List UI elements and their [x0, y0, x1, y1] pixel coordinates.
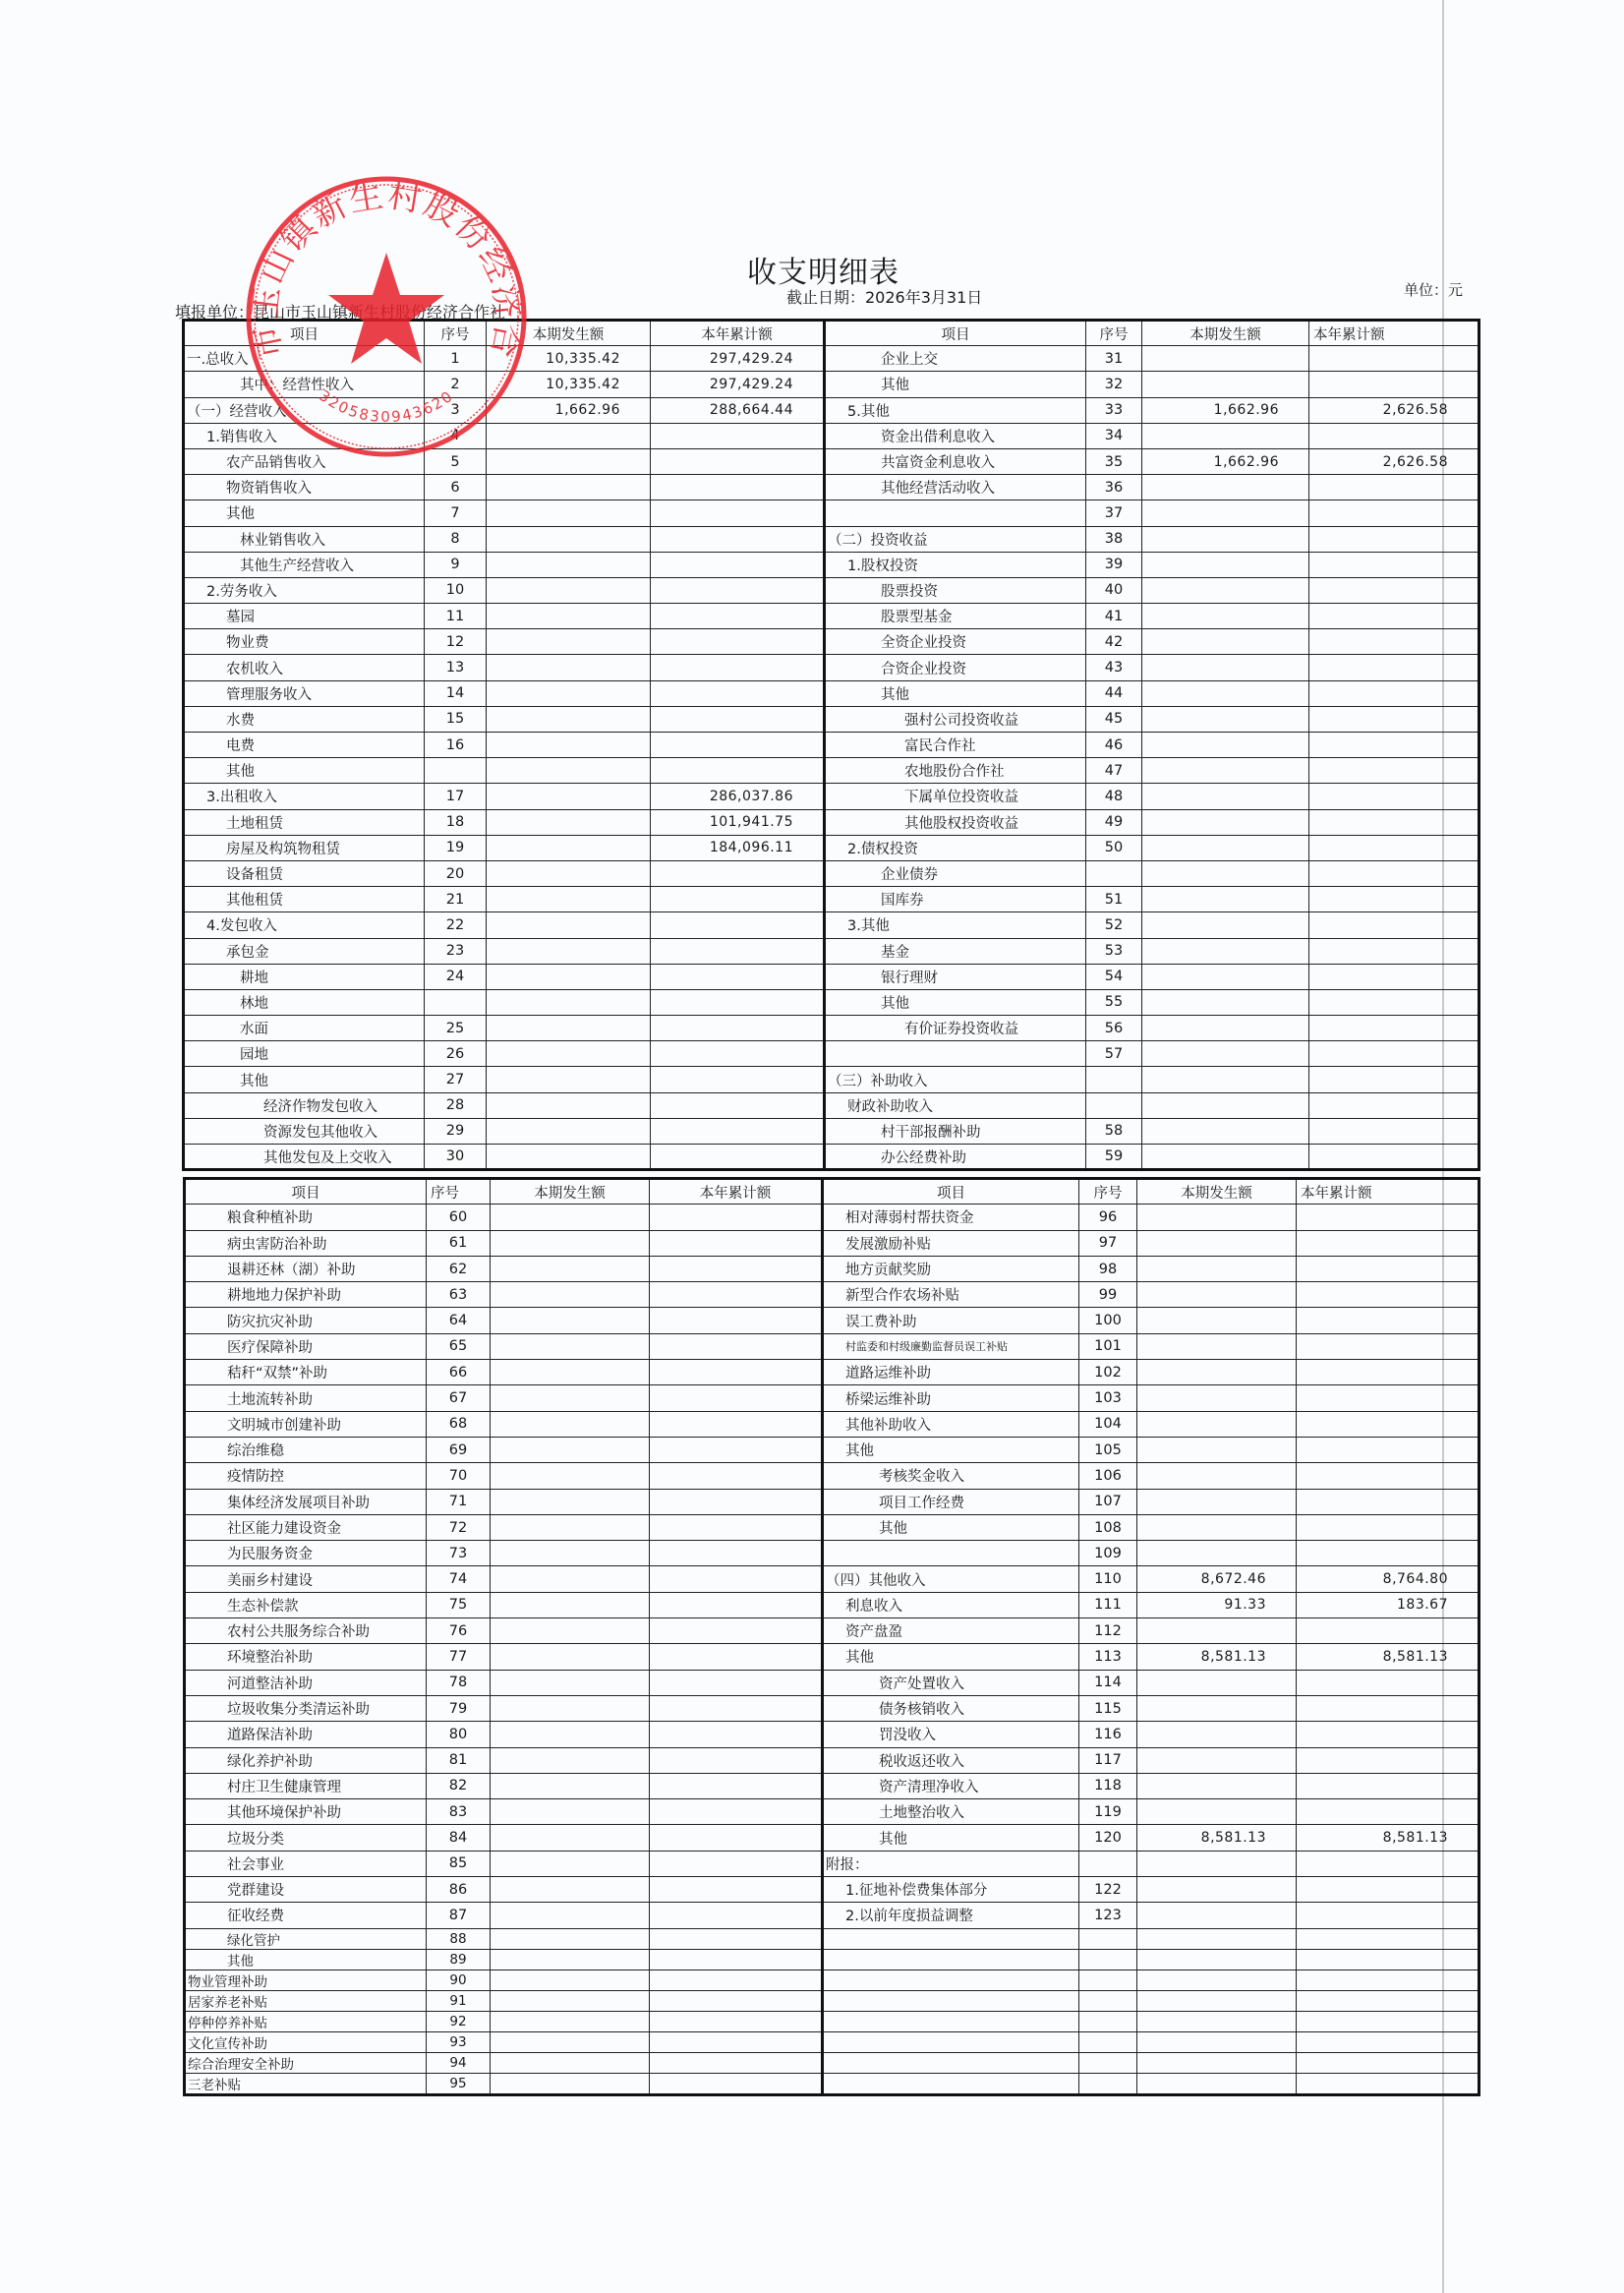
table-row: 道路保洁补助80罚没收入116	[185, 1722, 1479, 1747]
row-item-label: 其他股权投资收益	[825, 809, 1086, 835]
row-current-amount	[1142, 1041, 1309, 1067]
row-seq: 49	[1086, 809, 1142, 835]
row-seq: 82	[427, 1773, 491, 1798]
row-current-amount	[487, 448, 651, 474]
row-ytd-amount	[650, 1308, 823, 1333]
row-ytd-amount	[1309, 758, 1479, 784]
row-item-label: 有价证券投资收益	[825, 1016, 1086, 1041]
row-seq: 62	[427, 1256, 491, 1281]
row-seq: 22	[425, 912, 487, 938]
row-item-label: 3.其他	[825, 912, 1086, 938]
row-current-amount	[487, 680, 651, 706]
row-current-amount	[1142, 809, 1309, 835]
row-seq: 101	[1079, 1333, 1137, 1359]
row-item-label: 绿化管护	[185, 1928, 427, 1949]
income-table-top: 项目 序号 本期发生额 本年累计额 项目 序号 本期发生额 本年累计额 一.总收…	[182, 319, 1480, 1171]
row-item-label: 社区能力建设资金	[185, 1514, 427, 1540]
row-item-label: 1.销售收入	[184, 423, 425, 448]
row-item-label: 集体经济发展项目补助	[185, 1489, 427, 1514]
row-ytd-amount	[1309, 500, 1479, 526]
table-row: 河道整洁补助78资产处置收入114	[185, 1670, 1479, 1695]
row-ytd-amount	[1309, 475, 1479, 500]
row-ytd-amount	[1297, 1799, 1479, 1825]
table-row: 一.总收入110,335.42297,429.24企业上交31	[184, 346, 1479, 372]
row-item-label: （三）补助收入	[825, 1067, 1086, 1092]
row-current-amount	[491, 1592, 650, 1617]
row-ytd-amount	[1309, 1092, 1479, 1118]
row-seq: 78	[427, 1670, 491, 1695]
row-ytd-amount	[651, 680, 825, 706]
row-current-amount	[491, 1308, 650, 1333]
row-ytd-amount: 8,764.80	[1297, 1566, 1479, 1592]
table-row: 3.出租收入17286,037.86下属单位投资收益48	[184, 784, 1479, 809]
row-item-label	[823, 1949, 1079, 1970]
row-ytd-amount	[1297, 1903, 1479, 1928]
row-seq: 28	[425, 1092, 487, 1118]
row-item-label: 村监委和村级廉勤监督员误工补贴	[823, 1333, 1079, 1359]
row-current-amount	[1142, 1145, 1309, 1170]
row-ytd-amount: 288,664.44	[651, 397, 825, 423]
row-seq: 117	[1079, 1747, 1137, 1773]
col-header-current: 本期发生额	[487, 321, 651, 346]
row-item-label: 综治维稳	[185, 1437, 427, 1462]
table-row: 生态补偿款75利息收入11191.33183.67	[185, 1592, 1479, 1617]
row-ytd-amount	[1309, 1041, 1479, 1067]
row-item-label: 其他发包及上交收入	[184, 1145, 425, 1170]
row-ytd-amount	[650, 1928, 823, 1949]
row-item-label: （四）其他收入	[823, 1566, 1079, 1592]
row-ytd-amount	[650, 2031, 823, 2052]
row-seq: 56	[1086, 1016, 1142, 1041]
row-current-amount	[491, 1799, 650, 1825]
row-item-label: 电费	[184, 733, 425, 758]
col-header-seq: 序号	[1079, 1179, 1137, 1205]
row-seq	[1079, 2052, 1137, 2073]
table-row: 疫情防控70考核奖金收入106	[185, 1463, 1479, 1489]
row-ytd-amount	[1297, 1541, 1479, 1566]
table-row: 防灾抗灾补助64误工费补助100	[185, 1308, 1479, 1333]
row-item-label: 其他	[825, 680, 1086, 706]
row-ytd-amount	[651, 733, 825, 758]
row-current-amount	[1142, 500, 1309, 526]
row-item-label: 林业销售收入	[184, 526, 425, 552]
row-seq: 4	[425, 423, 487, 448]
row-current-amount	[1137, 2011, 1297, 2031]
row-current-amount	[1142, 887, 1309, 912]
table-row: 其他737	[184, 500, 1479, 526]
row-item-label: 土地租赁	[184, 809, 425, 835]
row-ytd-amount	[1297, 1230, 1479, 1256]
row-seq: 68	[427, 1411, 491, 1437]
row-item-label	[825, 1041, 1086, 1067]
table-row: 承包金23基金53	[184, 938, 1479, 964]
row-current-amount	[487, 500, 651, 526]
row-current-amount	[487, 1092, 651, 1118]
row-item-label: 其他补助收入	[823, 1411, 1079, 1437]
row-item-label: 企业上交	[825, 346, 1086, 372]
row-ytd-amount	[1297, 1437, 1479, 1462]
row-current-amount	[491, 2073, 650, 2094]
row-ytd-amount	[650, 1385, 823, 1411]
row-item-label: 水面	[184, 1016, 425, 1041]
row-seq: 30	[425, 1145, 487, 1170]
table-row: 其他农地股份合作社47	[184, 758, 1479, 784]
row-item-label: 垃圾分类	[185, 1825, 427, 1851]
row-current-amount	[1142, 372, 1309, 397]
row-current-amount	[487, 887, 651, 912]
table-row: 其他27（三）补助收入	[184, 1067, 1479, 1092]
col-header-ytd: 本年累计额	[650, 1179, 823, 1205]
row-item-label: 墓园	[184, 604, 425, 629]
row-ytd-amount	[1297, 1333, 1479, 1359]
table-row: 土地租赁18101,941.75其他股权投资收益49	[184, 809, 1479, 835]
row-seq: 74	[427, 1566, 491, 1592]
row-ytd-amount	[650, 1670, 823, 1695]
row-current-amount	[1137, 2073, 1297, 2094]
row-seq: 34	[1086, 423, 1142, 448]
row-current-amount	[487, 552, 651, 577]
row-seq: 86	[427, 1877, 491, 1903]
row-item-label: 其他经营活动收入	[825, 475, 1086, 500]
row-ytd-amount	[1309, 964, 1479, 989]
row-seq: 88	[427, 1928, 491, 1949]
row-current-amount	[491, 2031, 650, 2052]
row-current-amount	[491, 1463, 650, 1489]
row-seq: 116	[1079, 1722, 1137, 1747]
row-current-amount	[1142, 860, 1309, 886]
row-ytd-amount	[651, 1145, 825, 1170]
row-seq: 114	[1079, 1670, 1137, 1695]
row-ytd-amount	[1309, 1067, 1479, 1092]
table-row: 其他环境保护补助83土地整治收入119	[185, 1799, 1479, 1825]
row-current-amount	[491, 1695, 650, 1721]
row-ytd-amount	[650, 1514, 823, 1540]
row-seq: 105	[1079, 1437, 1137, 1462]
row-item-label: 误工费补助	[823, 1308, 1079, 1333]
row-ytd-amount	[1297, 1747, 1479, 1773]
row-item-label: 党群建设	[185, 1877, 427, 1903]
row-ytd-amount	[651, 706, 825, 732]
row-seq: 60	[427, 1205, 491, 1230]
row-ytd-amount	[650, 1722, 823, 1747]
row-seq: 106	[1079, 1463, 1137, 1489]
table-row: 社区能力建设资金72其他108	[185, 1514, 1479, 1540]
row-seq: 91	[427, 1990, 491, 2011]
row-current-amount	[1137, 2052, 1297, 2073]
row-seq: 81	[427, 1747, 491, 1773]
row-item-label: 征收经费	[185, 1903, 427, 1928]
row-item-label: 环境整治补助	[185, 1644, 427, 1670]
row-current-amount	[1142, 733, 1309, 758]
row-current-amount	[1142, 1016, 1309, 1041]
row-item-label: 三老补贴	[185, 2073, 427, 2094]
row-current-amount	[491, 1970, 650, 1990]
row-ytd-amount	[1297, 1463, 1479, 1489]
row-ytd-amount	[1309, 604, 1479, 629]
row-current-amount	[487, 758, 651, 784]
row-ytd-amount	[1297, 1385, 1479, 1411]
row-item-label: 地方贡献奖励	[823, 1256, 1079, 1281]
row-item-label: 一.总收入	[184, 346, 425, 372]
row-ytd-amount	[651, 500, 825, 526]
row-item-label: 债务核销收入	[823, 1695, 1079, 1721]
row-seq: 9	[425, 552, 487, 577]
row-ytd-amount	[1309, 784, 1479, 809]
row-ytd-amount	[650, 1566, 823, 1592]
row-ytd-amount	[1297, 1722, 1479, 1747]
row-item-label: 其他	[823, 1825, 1079, 1851]
row-item-label: 合资企业投资	[825, 655, 1086, 680]
row-item-label: 其他	[823, 1644, 1079, 1670]
row-seq: 122	[1079, 1877, 1137, 1903]
col-header-current: 本期发生额	[1137, 1179, 1297, 1205]
row-item-label: 企业债券	[825, 860, 1086, 886]
row-item-label: 耕地	[184, 964, 425, 989]
row-current-amount	[1137, 1411, 1297, 1437]
row-seq: 33	[1086, 397, 1142, 423]
row-current-amount	[1142, 938, 1309, 964]
row-ytd-amount	[650, 1851, 823, 1876]
row-seq	[425, 758, 487, 784]
row-seq: 21	[425, 887, 487, 912]
row-item-label: 农地股份合作社	[825, 758, 1086, 784]
row-item-label	[823, 1990, 1079, 2011]
row-current-amount	[1142, 1118, 1309, 1144]
row-ytd-amount	[651, 1118, 825, 1144]
row-item-label: 物资销售收入	[184, 475, 425, 500]
col-header-ytd: 本年累计额	[651, 321, 825, 346]
row-seq: 58	[1086, 1118, 1142, 1144]
row-item-label: 财政补助收入	[825, 1092, 1086, 1118]
table-header-row: 项目 序号 本期发生额 本年累计额 项目 序号 本期发生额 本年累计额	[185, 1179, 1479, 1205]
row-current-amount	[1137, 1773, 1297, 1798]
row-seq: 23	[425, 938, 487, 964]
row-ytd-amount	[1309, 346, 1479, 372]
table-row: 三老补贴95	[185, 2073, 1479, 2094]
row-ytd-amount	[651, 758, 825, 784]
row-seq: 98	[1079, 1256, 1137, 1281]
table-row: 病虫害防治补助61发展激励补贴97	[185, 1230, 1479, 1256]
row-ytd-amount	[650, 1230, 823, 1256]
row-seq	[1086, 1067, 1142, 1092]
row-current-amount	[1142, 1067, 1309, 1092]
row-seq: 93	[427, 2031, 491, 2052]
row-ytd-amount	[1297, 1360, 1479, 1385]
row-current-amount	[487, 835, 651, 860]
row-current-amount	[1142, 758, 1309, 784]
table-row: 文化宣传补助93	[185, 2031, 1479, 2052]
row-item-label	[823, 1928, 1079, 1949]
row-ytd-amount	[650, 1825, 823, 1851]
row-item-label: 村庄卫生健康管理	[185, 1773, 427, 1798]
table-row: 垃圾收集分类清运补助79债务核销收入115	[185, 1695, 1479, 1721]
row-seq: 39	[1086, 552, 1142, 577]
row-ytd-amount	[651, 475, 825, 500]
table-row: 林地其他55	[184, 989, 1479, 1015]
row-item-label: 停种停养补贴	[185, 2011, 427, 2031]
row-item-label: 美丽乡村建设	[185, 1566, 427, 1592]
row-current-amount	[1142, 577, 1309, 603]
row-seq: 112	[1079, 1618, 1137, 1644]
table-row: 资源发包其他收入29村干部报酬补助58	[184, 1118, 1479, 1144]
table-row: 耕地24银行理财54	[184, 964, 1479, 989]
table-row: 其他租赁21国库券51	[184, 887, 1479, 912]
table-row: 设备租赁20企业债券	[184, 860, 1479, 886]
row-current-amount	[487, 733, 651, 758]
row-seq: 13	[425, 655, 487, 680]
row-item-label: 共富资金利息收入	[825, 448, 1086, 474]
row-current-amount	[491, 1618, 650, 1644]
row-ytd-amount	[1297, 1695, 1479, 1721]
row-ytd-amount	[650, 1747, 823, 1773]
row-item-label: 物业费	[184, 629, 425, 655]
row-item-label: 疫情防控	[185, 1463, 427, 1489]
row-ytd-amount	[651, 655, 825, 680]
table-row: 水面25有价证券投资收益56	[184, 1016, 1479, 1041]
row-item-label: 股票型基金	[825, 604, 1086, 629]
row-ytd-amount	[650, 1970, 823, 1990]
row-current-amount	[487, 809, 651, 835]
row-ytd-amount	[1297, 1949, 1479, 1970]
row-seq: 1	[425, 346, 487, 372]
row-item-label: 社会事业	[185, 1851, 427, 1876]
row-current-amount: 10,335.42	[487, 346, 651, 372]
row-current-amount	[491, 1489, 650, 1514]
row-seq: 24	[425, 964, 487, 989]
row-seq: 52	[1086, 912, 1142, 938]
row-current-amount	[491, 1747, 650, 1773]
row-seq: 64	[427, 1308, 491, 1333]
row-ytd-amount	[650, 1256, 823, 1281]
row-seq: 90	[427, 1970, 491, 1990]
row-ytd-amount	[651, 1016, 825, 1041]
table-row: 墓园11股票型基金41	[184, 604, 1479, 629]
row-seq: 55	[1086, 989, 1142, 1015]
row-seq: 80	[427, 1722, 491, 1747]
row-current-amount	[1142, 784, 1309, 809]
row-item-label: 其他	[825, 372, 1086, 397]
row-seq	[425, 989, 487, 1015]
row-current-amount	[491, 1437, 650, 1462]
row-ytd-amount	[650, 1695, 823, 1721]
row-seq: 8	[425, 526, 487, 552]
row-ytd-amount	[1297, 1970, 1479, 1990]
row-current-amount	[1137, 1463, 1297, 1489]
row-item-label: 其他	[823, 1514, 1079, 1540]
table-row: 土地流转补助67桥梁运维补助103	[185, 1385, 1479, 1411]
row-ytd-amount	[650, 1411, 823, 1437]
row-item-label: 2.债权投资	[825, 835, 1086, 860]
row-current-amount	[487, 475, 651, 500]
row-ytd-amount	[651, 629, 825, 655]
row-seq: 111	[1079, 1592, 1137, 1617]
row-current-amount	[1142, 989, 1309, 1015]
row-item-label: 罚没收入	[823, 1722, 1079, 1747]
row-item-label: 其他环境保护补助	[185, 1799, 427, 1825]
row-seq: 123	[1079, 1903, 1137, 1928]
row-current-amount	[487, 1041, 651, 1067]
row-item-label: 管理服务收入	[184, 680, 425, 706]
row-ytd-amount	[651, 912, 825, 938]
row-item-label: 房屋及构筑物租赁	[184, 835, 425, 860]
row-ytd-amount	[1297, 1618, 1479, 1644]
row-seq: 97	[1079, 1230, 1137, 1256]
row-current-amount	[1137, 1799, 1297, 1825]
row-ytd-amount	[1309, 835, 1479, 860]
row-ytd-amount: 184,096.11	[651, 835, 825, 860]
row-current-amount	[487, 655, 651, 680]
row-seq: 75	[427, 1592, 491, 1617]
row-current-amount: 1,662.96	[1142, 397, 1309, 423]
row-current-amount	[1137, 1308, 1297, 1333]
row-ytd-amount	[1297, 1928, 1479, 1949]
row-current-amount	[1137, 1990, 1297, 2011]
row-current-amount	[1142, 423, 1309, 448]
row-current-amount	[1142, 346, 1309, 372]
row-current-amount: 91.33	[1137, 1592, 1297, 1617]
row-ytd-amount	[651, 1041, 825, 1067]
row-seq: 37	[1086, 500, 1142, 526]
row-ytd-amount: 297,429.24	[651, 372, 825, 397]
row-current-amount	[1137, 1385, 1297, 1411]
row-current-amount	[491, 1722, 650, 1747]
row-item-label: 其中：经营性收入	[184, 372, 425, 397]
row-seq: 118	[1079, 1773, 1137, 1798]
row-item-label	[825, 500, 1086, 526]
row-ytd-amount	[1309, 1118, 1479, 1144]
row-ytd-amount	[1297, 2011, 1479, 2031]
row-seq: 54	[1086, 964, 1142, 989]
row-ytd-amount	[651, 526, 825, 552]
row-seq: 61	[427, 1230, 491, 1256]
cutoff-date: 截止日期：2026年3月31日	[786, 285, 982, 308]
row-seq: 29	[425, 1118, 487, 1144]
row-current-amount	[1142, 552, 1309, 577]
row-item-label	[823, 1541, 1079, 1566]
row-ytd-amount	[1309, 989, 1479, 1015]
row-item-label: 下属单位投资收益	[825, 784, 1086, 809]
row-current-amount	[1142, 964, 1309, 989]
table-row: （一）经营收入31,662.96288,664.445.其他331,662.96…	[184, 397, 1479, 423]
row-current-amount	[1137, 1722, 1297, 1747]
row-item-label: 办公经费补助	[825, 1145, 1086, 1170]
row-item-label: 生态补偿款	[185, 1592, 427, 1617]
row-seq	[1079, 1851, 1137, 1876]
row-ytd-amount: 101,941.75	[651, 809, 825, 835]
row-seq: 25	[425, 1016, 487, 1041]
row-ytd-amount	[1309, 526, 1479, 552]
row-ytd-amount	[1309, 552, 1479, 577]
row-seq: 115	[1079, 1695, 1137, 1721]
row-item-label: 2.劳务收入	[184, 577, 425, 603]
row-ytd-amount	[1297, 2031, 1479, 2052]
row-item-label: 村干部报酬补助	[825, 1118, 1086, 1144]
row-current-amount	[487, 938, 651, 964]
row-seq: 87	[427, 1903, 491, 1928]
row-ytd-amount	[1297, 1308, 1479, 1333]
row-item-label: 股票投资	[825, 577, 1086, 603]
row-ytd-amount	[1309, 1145, 1479, 1170]
row-ytd-amount	[650, 1282, 823, 1308]
table-row: 居家养老补贴91	[185, 1990, 1479, 2011]
row-seq: 15	[425, 706, 487, 732]
row-ytd-amount	[650, 2073, 823, 2094]
row-current-amount	[491, 1205, 650, 1230]
col-header-current: 本期发生额	[491, 1179, 650, 1205]
row-ytd-amount: 8,581.13	[1297, 1644, 1479, 1670]
table-row: 绿化养护补助81税收返还收入117	[185, 1747, 1479, 1773]
row-current-amount	[1137, 1489, 1297, 1514]
